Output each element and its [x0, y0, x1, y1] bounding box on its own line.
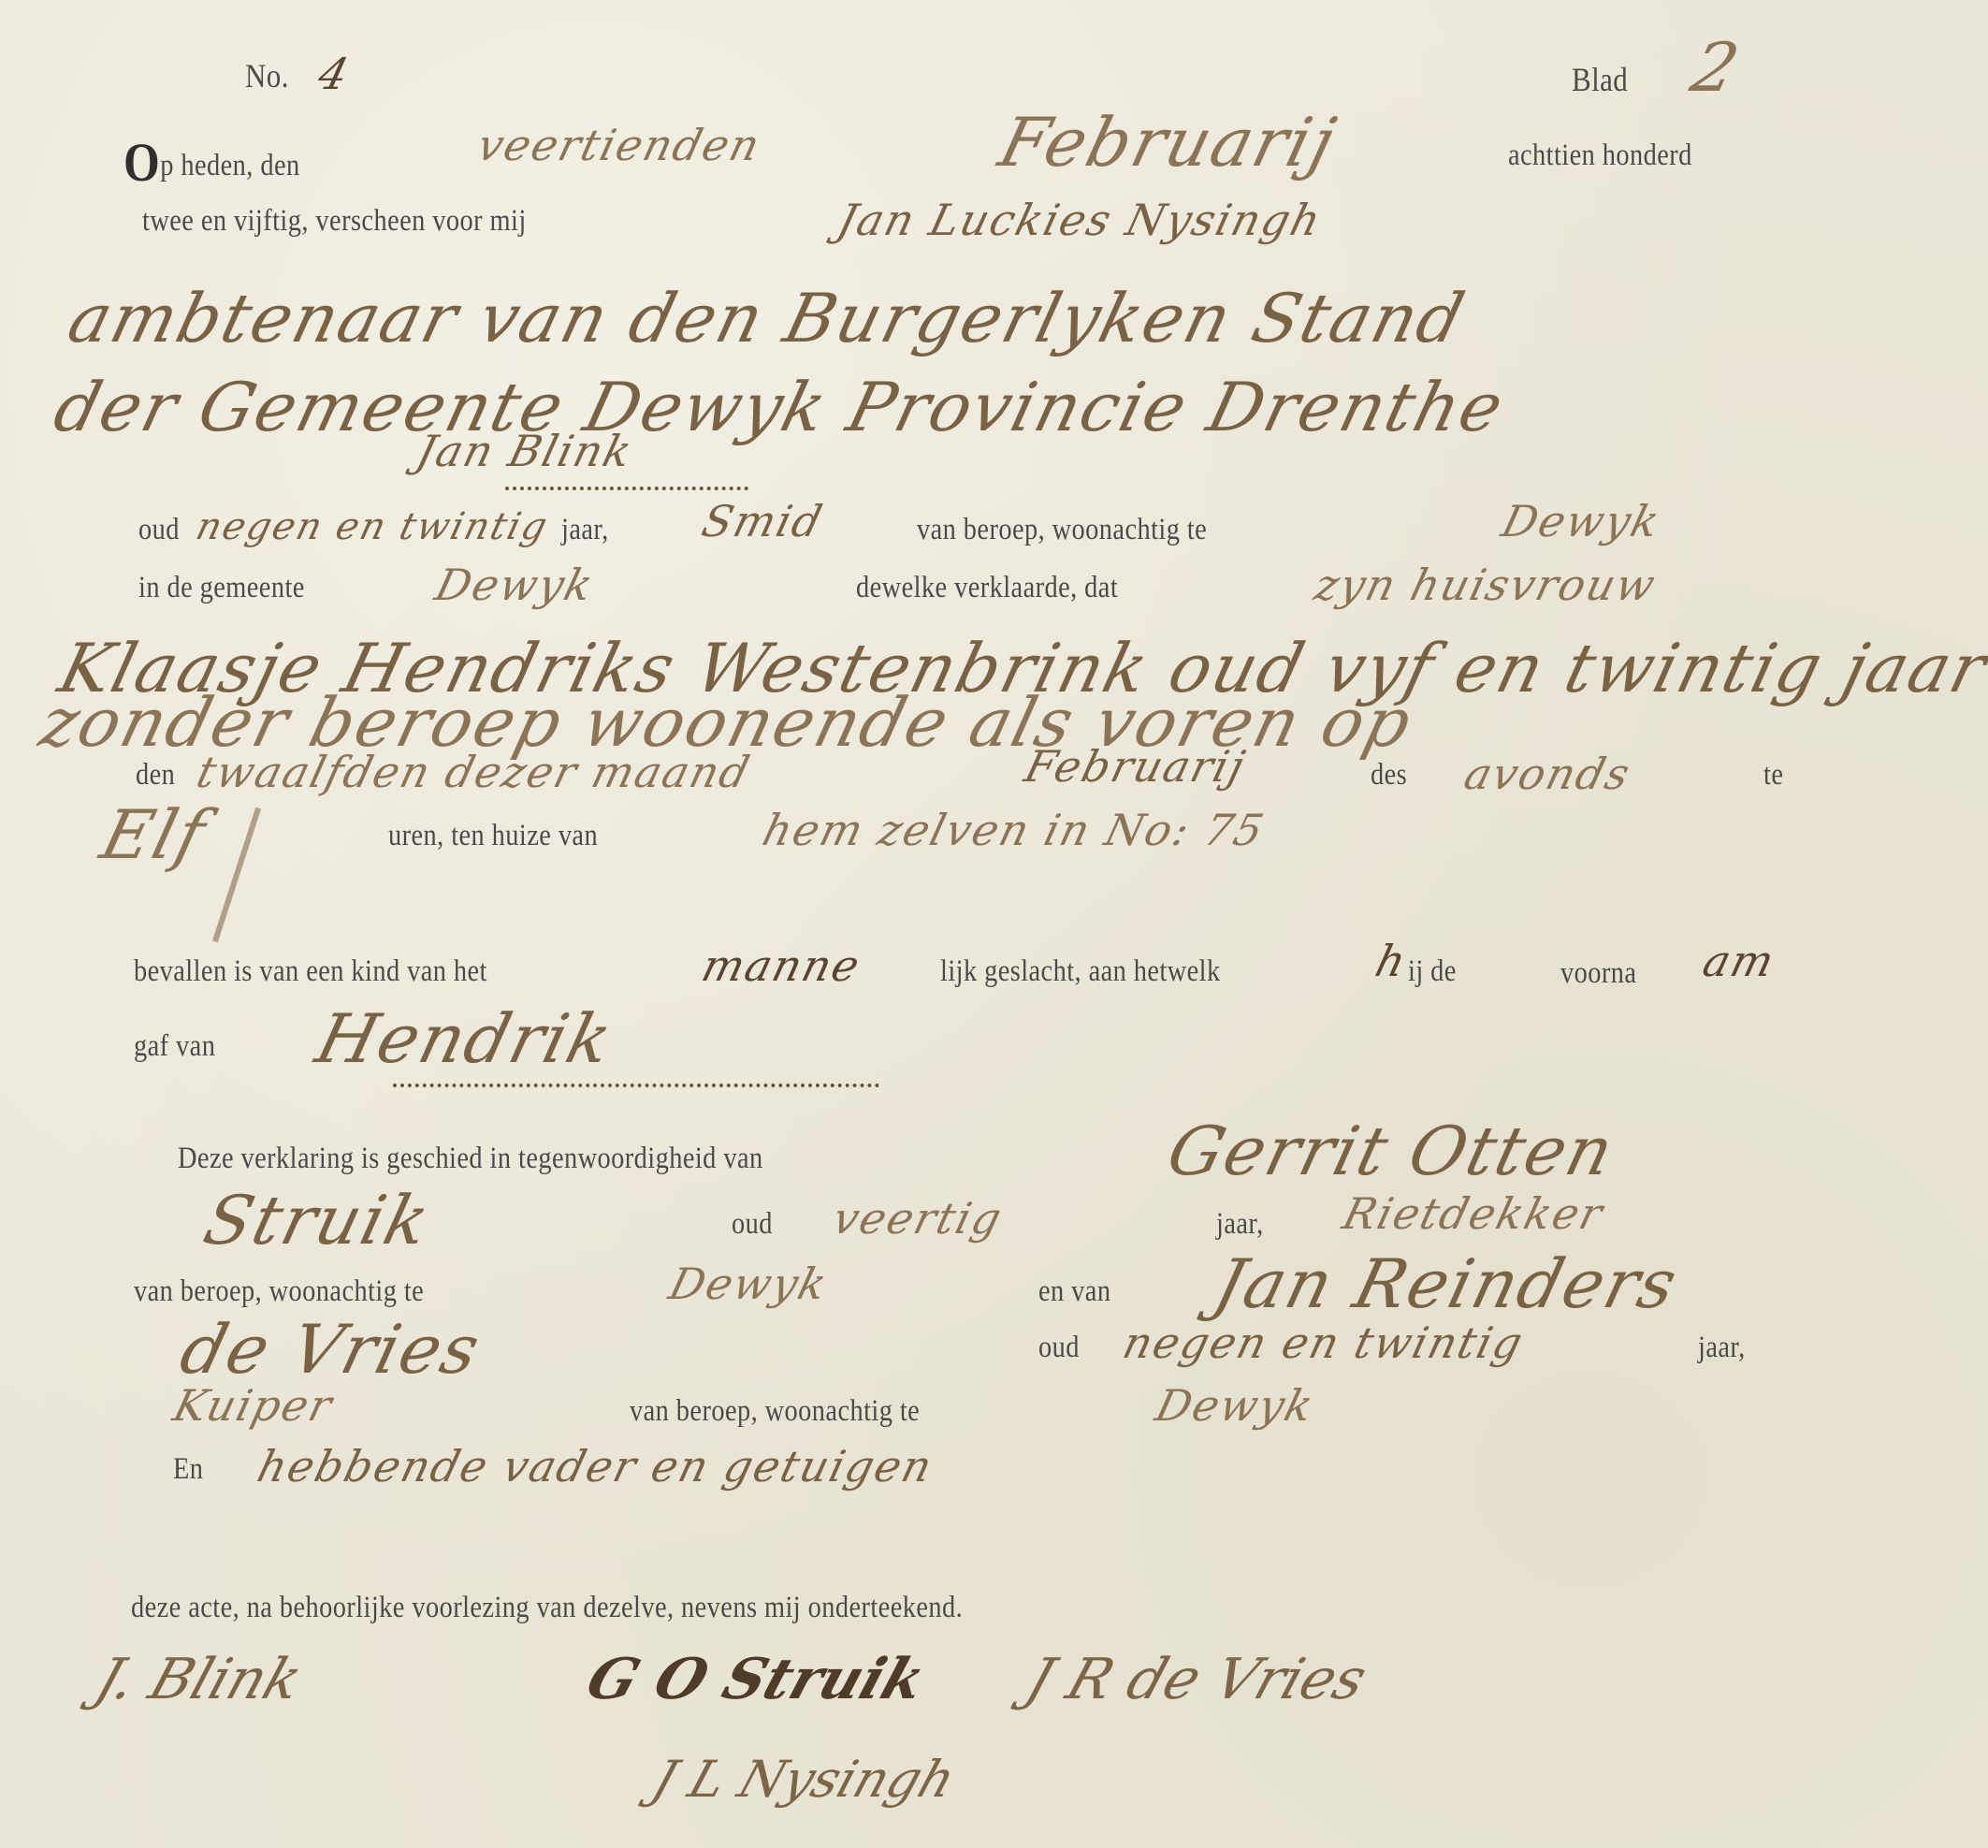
his-wife: zyn huisvrouw	[1310, 560, 1662, 610]
declared-label: dewelke verklaarde, dat	[856, 571, 1118, 605]
witness2-occupation: Kuiper	[168, 1380, 339, 1431]
time-of-day: avonds	[1459, 749, 1636, 799]
witness1-first: Gerrit Otten	[1160, 1112, 1623, 1190]
occupation-residence-label: van beroep, woonachtig te	[917, 513, 1207, 547]
pen-flourish	[212, 808, 261, 943]
voorna-label: voorna	[1560, 956, 1636, 991]
w2-age-label: oud	[1038, 1331, 1080, 1365]
year-print: achttien honderd	[1508, 138, 1692, 173]
child-sex-label: bevallen is van een kind van het	[134, 954, 487, 989]
municipality-province: der Gemeente Dewyk Provincie Drenthe	[47, 368, 1513, 446]
witness1-surname: Struik	[196, 1181, 439, 1259]
ij-de-label: ij de	[1408, 954, 1457, 989]
municipality-value: Dewyk	[430, 560, 600, 610]
en-label: En	[173, 1452, 203, 1487]
registrar-name: Jan Luckies Nysingh	[833, 195, 1328, 245]
page-label: Blad	[1572, 60, 1628, 99]
opening-text: p heden, den	[160, 149, 299, 182]
birth-day: twaalfden dezer maand	[192, 747, 756, 797]
child-name-underline	[393, 1076, 879, 1087]
signature-witness2: J R de Vries	[1019, 1647, 1375, 1712]
number-value: 4	[313, 49, 356, 99]
signatories-statement: hebbende vader en getuigen	[253, 1441, 938, 1491]
month-handwritten: Februarij	[992, 103, 1344, 182]
den-label: den	[136, 758, 175, 793]
day-handwritten: veertienden	[472, 120, 766, 170]
h-handwritten: h	[1371, 936, 1413, 986]
opening-print: Op heden, den	[123, 131, 300, 194]
father-name-underline	[505, 479, 748, 490]
municipality-label: in de gemeente	[138, 571, 305, 605]
closing-statement: deze acte, na behoorlijke voorlezing van…	[131, 1591, 963, 1625]
number-label: No.	[245, 56, 289, 95]
te-label: te	[1763, 758, 1783, 793]
w2-year-label: jaar,	[1698, 1331, 1746, 1365]
father-residence: Dewyk	[1497, 496, 1666, 546]
signature-registrar: J L Nysingh	[646, 1750, 963, 1809]
father-age: negen en twintig	[192, 505, 553, 548]
gave-label: gaf van	[134, 1029, 215, 1064]
signature-witness1: G O Struik	[579, 1647, 934, 1712]
birth-hour: Elf	[94, 795, 214, 874]
father-occupation: Smid	[697, 496, 829, 546]
dropcap: O	[123, 132, 160, 193]
registrar-title: ambtenaar van den Burgerlyken Stand	[61, 279, 1473, 357]
witness-intro-label: Deze verklaring is geschied in tegenwoor…	[178, 1142, 763, 1176]
gender-label: lijk geslacht, aan hetwelk	[940, 954, 1221, 989]
des-label: des	[1371, 758, 1407, 793]
child-name: Hendrik	[309, 999, 621, 1078]
appeared-print: twee en vijftig, verscheen voor mij	[142, 204, 527, 239]
birth-place: hem zelven in No: 75	[758, 805, 1270, 855]
w1-age-label: oud	[732, 1207, 773, 1242]
witness2-residence: Dewyk	[1151, 1380, 1320, 1431]
witness1-age: veertig	[828, 1193, 1009, 1244]
witness1-residence: Dewyk	[664, 1259, 834, 1309]
witness2-age: negen en twintig	[1118, 1317, 1530, 1368]
father-name: Jan Blink	[412, 426, 638, 476]
signature-father: J. Blink	[88, 1647, 311, 1712]
w2-residence-label: van beroep, woonachtig te	[630, 1394, 920, 1429]
birth-month: Februarij	[1020, 741, 1252, 792]
age-label: oud	[138, 513, 180, 547]
witness2-first: Jan Reinders	[1207, 1244, 1686, 1323]
w1-year-label: jaar,	[1216, 1207, 1264, 1242]
witness1-occupation: Rietdekker	[1338, 1188, 1609, 1239]
am-handwritten: am	[1698, 936, 1781, 986]
hours-house-label: uren, ten huize van	[388, 819, 598, 853]
w1-residence-label: van beroep, woonachtig te	[134, 1274, 424, 1309]
year-label: jaar,	[561, 513, 609, 547]
page-value: 2	[1684, 28, 1749, 107]
witness2-surname: de Vries	[173, 1310, 489, 1389]
certificate-page: No. 4 Blad 2 Op heden, den veertienden F…	[0, 0, 1988, 1848]
and-of-label: en van	[1038, 1274, 1110, 1309]
child-sex: manne	[697, 940, 866, 991]
